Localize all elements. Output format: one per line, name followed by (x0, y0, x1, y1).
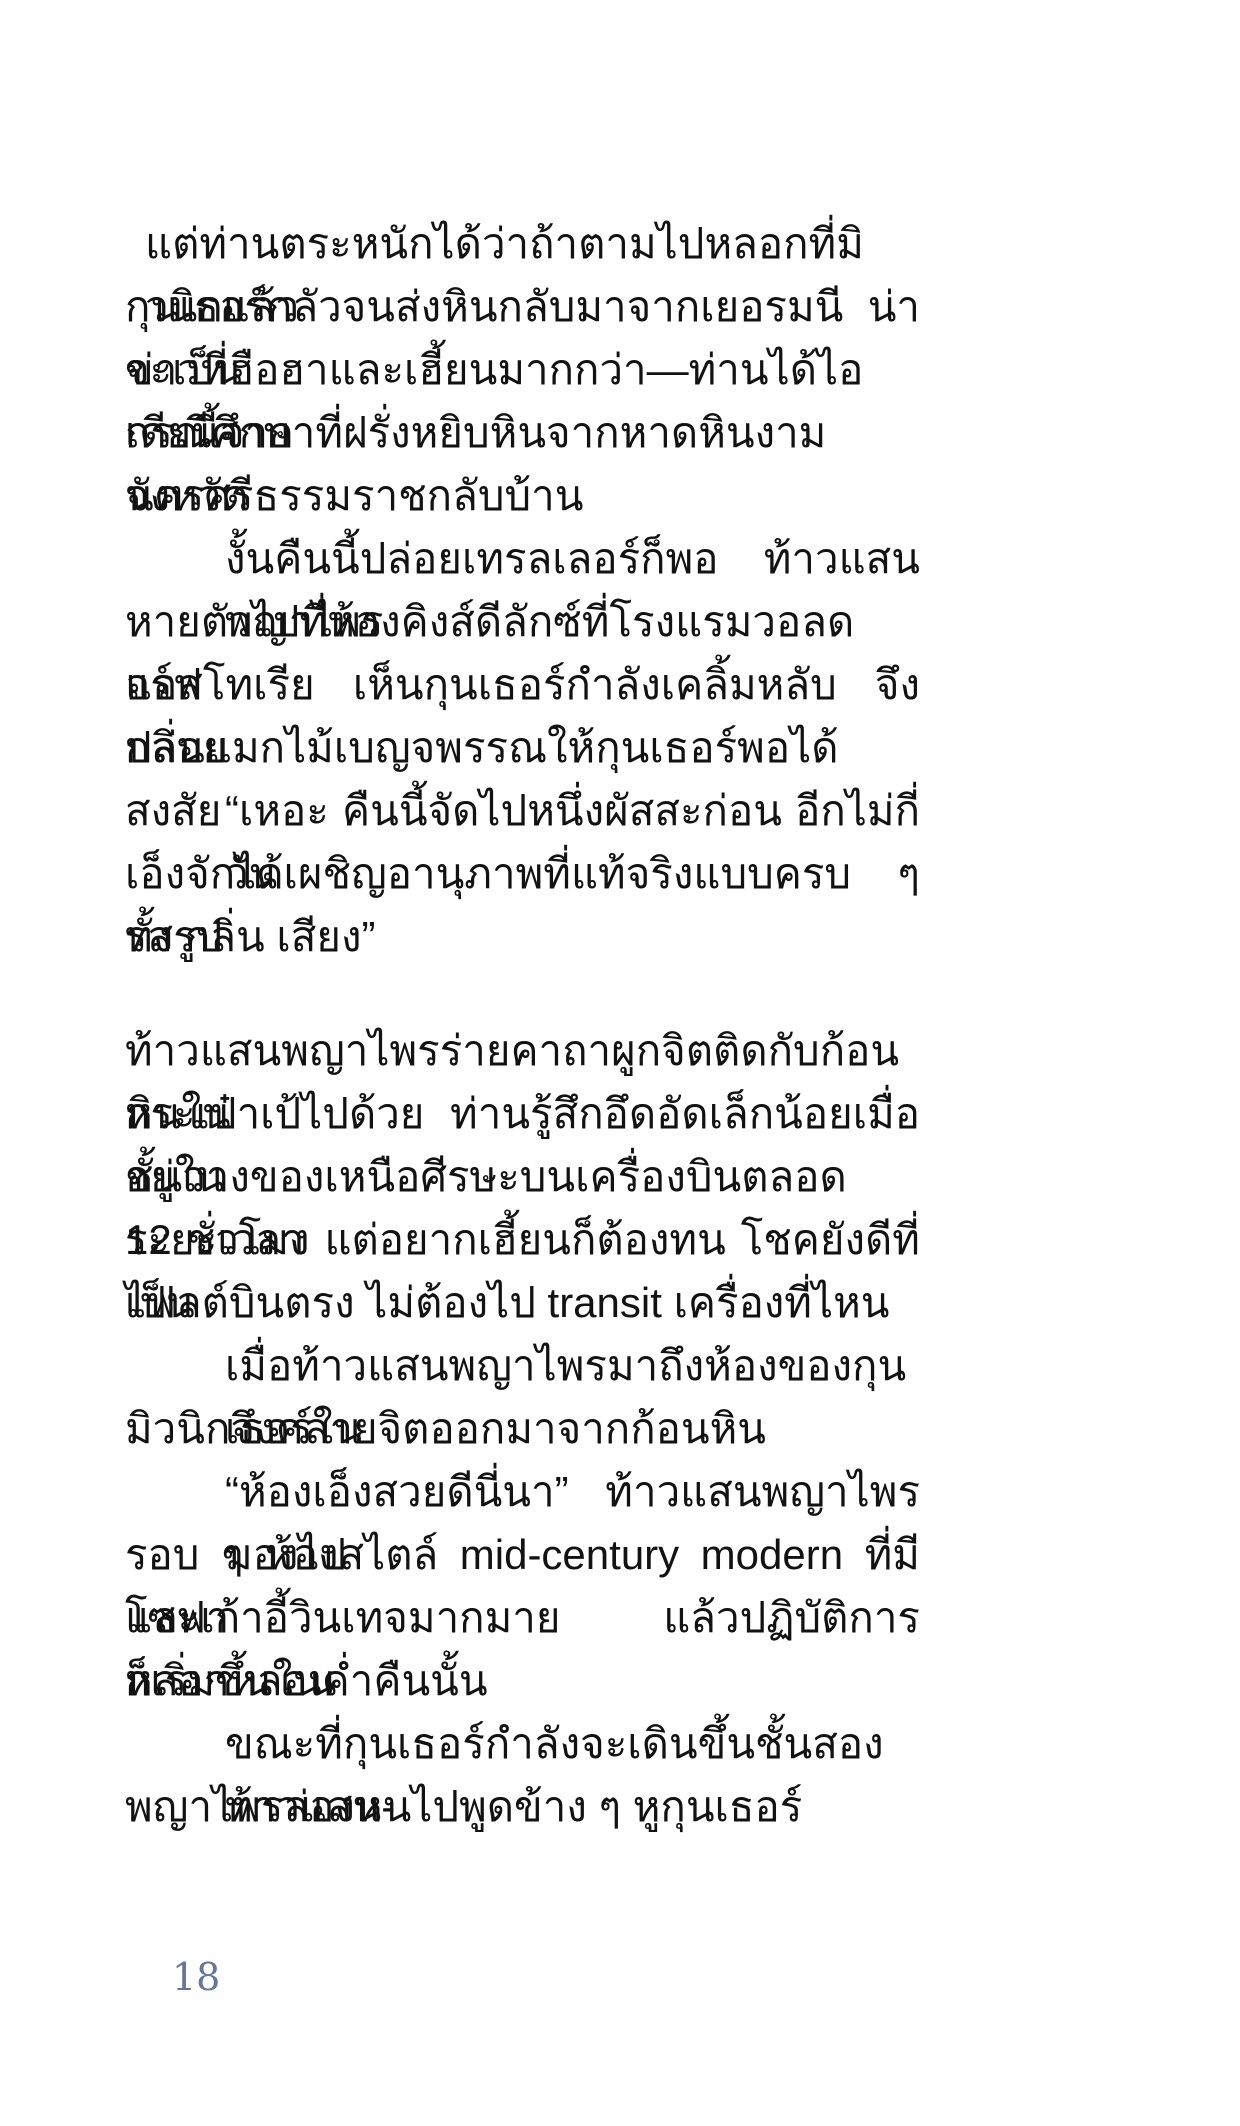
text-line: กรณีศึกษาที่ฝรั่งหยิบหินจากหาดหินงาม จัง… (125, 401, 920, 464)
text-block: แต่ท่านตระหนักได้ว่าถ้าตามไปหลอกที่มิวนิ… (125, 212, 920, 1838)
text-line: ท้าวแสนพญาไพรร่ายคาถาผูกจิตติดกับก้อนหิน… (125, 1019, 920, 1082)
book-page: แต่ท่านตระหนักได้ว่าถ้าตามไปหลอกที่มิวนิ… (0, 0, 1240, 2126)
text-line: แต่ท่านตระหนักได้ว่าถ้าตามไปหลอกที่มิวนิ… (125, 212, 920, 275)
paragraph: “เหอะ คืนนี้จัดไปหนึ่งผัสสะก่อน อีกไม่กี… (125, 779, 920, 968)
text-line: เมื่อท้าวแสนพญาไพรมาถึงห้องของกุนเธอร์ใน (125, 1334, 920, 1397)
text-line: แอสโทเรีย เห็นกุนเธอร์กำลังเคลิ้มหลับ จึ… (125, 653, 920, 716)
paragraph: ท้าวแสนพญาไพรร่ายคาถาผูกจิตติดกับก้อนหิน… (125, 1019, 920, 1334)
text-line: “เหอะ คืนนี้จัดไปหนึ่งผัสสะก่อน อีกไม่กี… (125, 779, 920, 842)
text-line: หายตัวไปที่ห้องคิงส์ดีลักซ์ที่โรงแรมวอลด… (125, 590, 920, 653)
paragraph: เมื่อท้าวแสนพญาไพรมาถึงห้องของกุนเธอร์ใน… (125, 1334, 920, 1460)
text-line: งั้นคืนนี้ปล่อยเทรลเลอร์ก็พอ ท้าวแสนพญาไ… (125, 527, 920, 590)
text-line: ข่าวที่ฮือฮาและเฮี้ยนมากกว่า—ท่านได้ไอเด… (125, 338, 920, 401)
paragraph: “ห้องเอ็งสวยดีนี่นา” ท้าวแสนพญาไพรมองไปร… (125, 1460, 920, 1712)
text-line: พญาไพรล่องหนไปพูดข้าง ๆ หูกุนเธอร์ (125, 1775, 920, 1838)
text-line: ชั้นวางของเหนือศีรษะบนเครื่องบินตลอดระยะ… (125, 1145, 920, 1208)
text-line: นครศรีธรรมราชกลับบ้าน (125, 464, 920, 527)
text-line: ไฟลต์บินตรง ไม่ต้องไป transit เครื่องที่… (125, 1271, 920, 1334)
text-line: และเก้าอี้วินเทจมากมาย แล้วปฏิบัติการหลอ… (125, 1586, 920, 1649)
text-line: กระเป๋าเป้ไปด้วย ท่านรู้สึกอึดอัดเล็กน้อ… (125, 1082, 920, 1145)
page-number: 18 (172, 1958, 220, 1996)
text-line: 12 ชั่วโมง แต่อยากเฮี้ยนก็ต้องทน โชคยังด… (125, 1208, 920, 1271)
text-line: รอบ ๆ ห้องสไตล์ mid-century modern ที่มี… (125, 1523, 920, 1586)
text-line: มิวนิกจึงคลายจิตออกมาจากก้อนหิน (125, 1397, 920, 1460)
paragraph: ขณะที่กุนเธอร์กำลังจะเดินขึ้นชั้นสอง ท้า… (125, 1712, 920, 1838)
text-line: ก็เริ่มขึ้นในค่ำคืนนั้น (125, 1649, 920, 1712)
paragraph: งั้นคืนนี้ปล่อยเทรลเลอร์ก็พอ ท้าวแสนพญาไ… (125, 527, 920, 779)
text-line: ขณะที่กุนเธอร์กำลังจะเดินขึ้นชั้นสอง ท้า… (125, 1712, 920, 1775)
text-line: กุนเธอร์กลัวจนส่งหินกลับมาจากเยอรมนี น่า… (125, 275, 920, 338)
text-line: กลิ่นแมกไม้เบญจพรรณให้กุนเธอร์พอได้สงสัย (125, 716, 920, 779)
text-line: เอ็งจักได้เผชิญอานุภาพที่แท้จริงแบบครบ ๆ… (125, 842, 920, 905)
text-line: รส กลิ่น เสียง” (125, 905, 920, 968)
text-line: “ห้องเอ็งสวยดีนี่นา” ท้าวแสนพญาไพรมองไป (125, 1460, 920, 1523)
paragraph: แต่ท่านตระหนักได้ว่าถ้าตามไปหลอกที่มิวนิ… (125, 212, 920, 527)
